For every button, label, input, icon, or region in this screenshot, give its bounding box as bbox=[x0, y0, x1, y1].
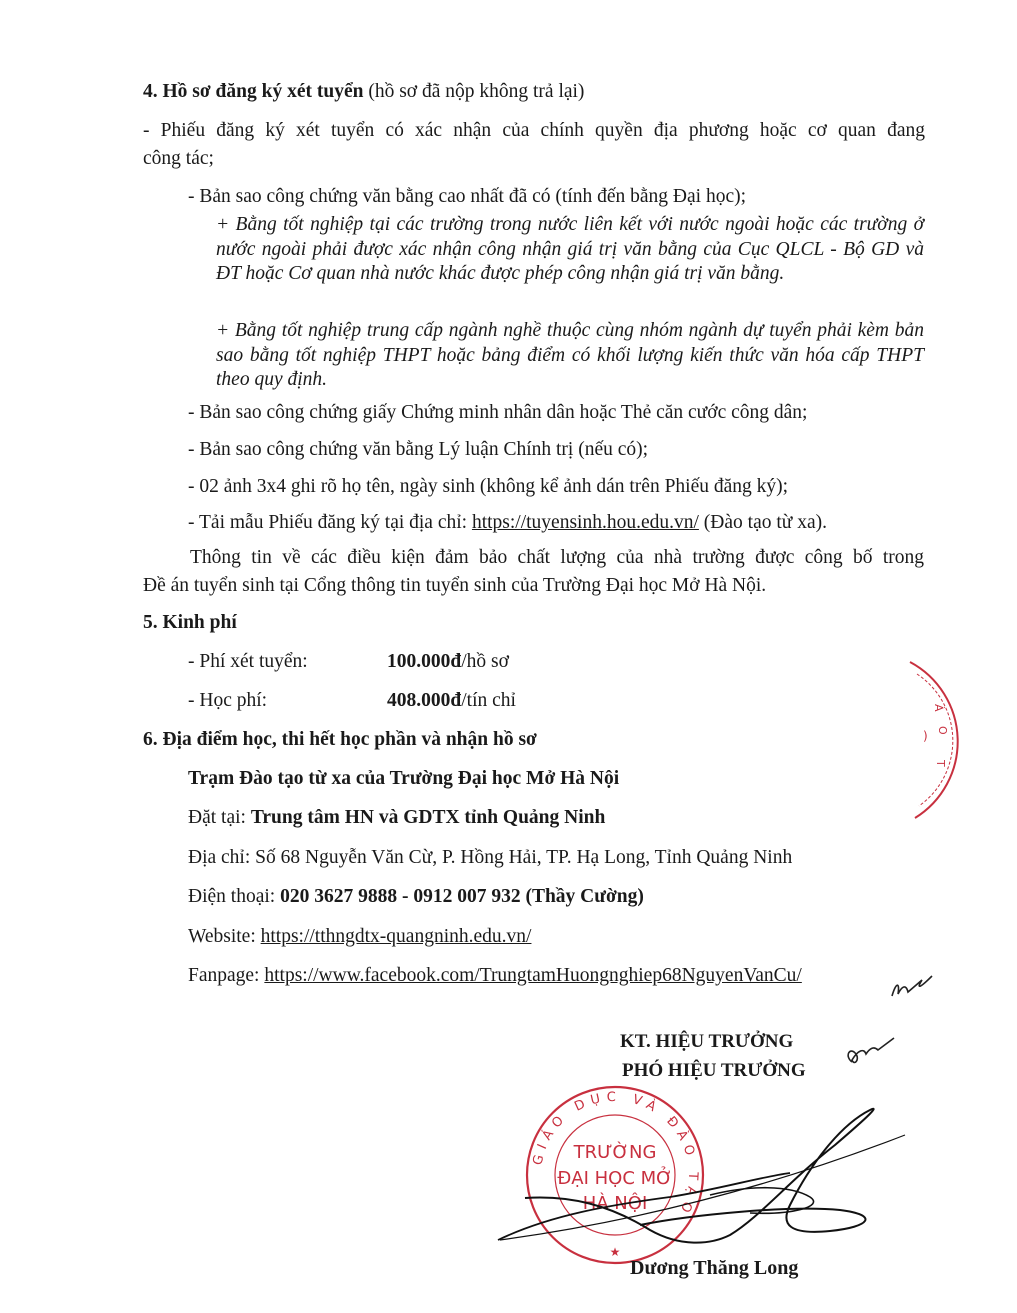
phone-label: Điện thoại: bbox=[188, 886, 280, 907]
fanpage-label: Fanpage: bbox=[188, 965, 264, 986]
website: Website: https://tthngdtx-quangninh.edu.… bbox=[188, 925, 531, 949]
section4-heading-bold: 4. Hồ sơ đăng ký xét tuyển bbox=[143, 81, 363, 102]
section4-info-line1: Thông tin về các điều kiện đảm bảo chất … bbox=[190, 546, 924, 570]
fee-unit-tuition: /tín chỉ bbox=[461, 690, 516, 711]
section5-heading: 5. Kinh phí bbox=[143, 611, 237, 635]
registration-form-link[interactable]: https://tuyensinh.hou.edu.vn/ bbox=[472, 512, 699, 533]
fee-label-tuition: - Học phí: bbox=[188, 689, 267, 713]
section4-info-line2: Đề án tuyển sinh tại Cổng thông tin tuyể… bbox=[143, 574, 766, 598]
svg-text:): ) bbox=[923, 729, 928, 743]
phone: Điện thoại: 020 3627 9888 - 0912 007 932… bbox=[188, 885, 644, 909]
section6-heading: 6. Địa điểm học, thi hết học phần và nhậ… bbox=[143, 728, 537, 752]
location: Đặt tại: Trung tâm HN và GDTX tỉnh Quảng… bbox=[188, 806, 605, 830]
phone-value: 020 3627 9888 - 0912 007 932 (Thầy Cường… bbox=[280, 886, 644, 907]
fee-amount-application: 100.000đ bbox=[387, 651, 461, 672]
svg-text:À: À bbox=[932, 704, 945, 712]
fee-value-tuition: 408.000đ/tín chỉ bbox=[387, 689, 516, 713]
signature-icon bbox=[490, 1085, 910, 1255]
fanpage: Fanpage: https://www.facebook.com/Trungt… bbox=[188, 964, 802, 988]
section4-item4: - Bản sao công chứng văn bằng Lý luận Ch… bbox=[188, 438, 648, 462]
fee-label-application: - Phí xét tuyển: bbox=[188, 650, 308, 674]
section4-note2: + Bằng tốt nghiệp trung cấp ngành nghề t… bbox=[216, 319, 924, 393]
initials-mark-2-icon bbox=[842, 1032, 897, 1072]
partial-stamp-icon: À O T ) bbox=[905, 660, 985, 820]
document-page: 4. Hồ sơ đăng ký xét tuyển (hồ sơ đã nộp… bbox=[0, 0, 1017, 1313]
fee-value-application: 100.000đ/hồ sơ bbox=[387, 650, 509, 674]
section4-item5: - 02 ảnh 3x4 ghi rõ họ tên, ngày sinh (k… bbox=[188, 475, 788, 499]
fee-amount-tuition: 408.000đ bbox=[387, 690, 461, 711]
fee-unit-application: /hồ sơ bbox=[461, 651, 509, 672]
item6-prefix: - Tải mẫu Phiếu đăng ký tại địa chỉ: bbox=[188, 512, 472, 533]
address: Địa chỉ: Số 68 Nguyễn Văn Cừ, P. Hồng Hả… bbox=[188, 846, 792, 870]
svg-text:O: O bbox=[936, 726, 949, 735]
section4-heading: 4. Hồ sơ đăng ký xét tuyển (hồ sơ đã nộp… bbox=[143, 80, 584, 104]
website-label: Website: bbox=[188, 926, 261, 947]
section4-item1-line1: - Phiếu đăng ký xét tuyển có xác nhận củ… bbox=[143, 119, 925, 143]
section4-heading-note: (hồ sơ đã nộp không trả lại) bbox=[363, 81, 584, 102]
signer-title-1: KT. HIỆU TRƯỞNG bbox=[620, 1030, 793, 1054]
item6-suffix: (Đào tạo từ xa). bbox=[699, 512, 827, 533]
signer-name: Dương Thăng Long bbox=[630, 1256, 798, 1280]
location-label: Đặt tại: bbox=[188, 807, 251, 828]
initials-mark-icon bbox=[888, 972, 938, 1002]
section4-item1-line2: công tác; bbox=[143, 147, 214, 171]
location-value: Trung tâm HN và GDTX tỉnh Quảng Ninh bbox=[251, 807, 606, 828]
section4-item6: - Tải mẫu Phiếu đăng ký tại địa chỉ: htt… bbox=[188, 511, 827, 535]
section4-item3: - Bản sao công chứng giấy Chứng minh nhâ… bbox=[188, 401, 807, 425]
fanpage-link[interactable]: https://www.facebook.com/TrungtamHuongng… bbox=[264, 965, 801, 986]
station-name: Trạm Đào tạo từ xa của Trường Đại học Mở… bbox=[188, 767, 619, 791]
website-link[interactable]: https://tthngdtx-quangninh.edu.vn/ bbox=[261, 926, 532, 947]
section4-item2: - Bản sao công chứng văn bằng cao nhất đ… bbox=[188, 185, 746, 209]
section4-note1: + Bằng tốt nghiệp tại các trường trong n… bbox=[216, 213, 924, 287]
svg-text:T: T bbox=[934, 759, 947, 767]
